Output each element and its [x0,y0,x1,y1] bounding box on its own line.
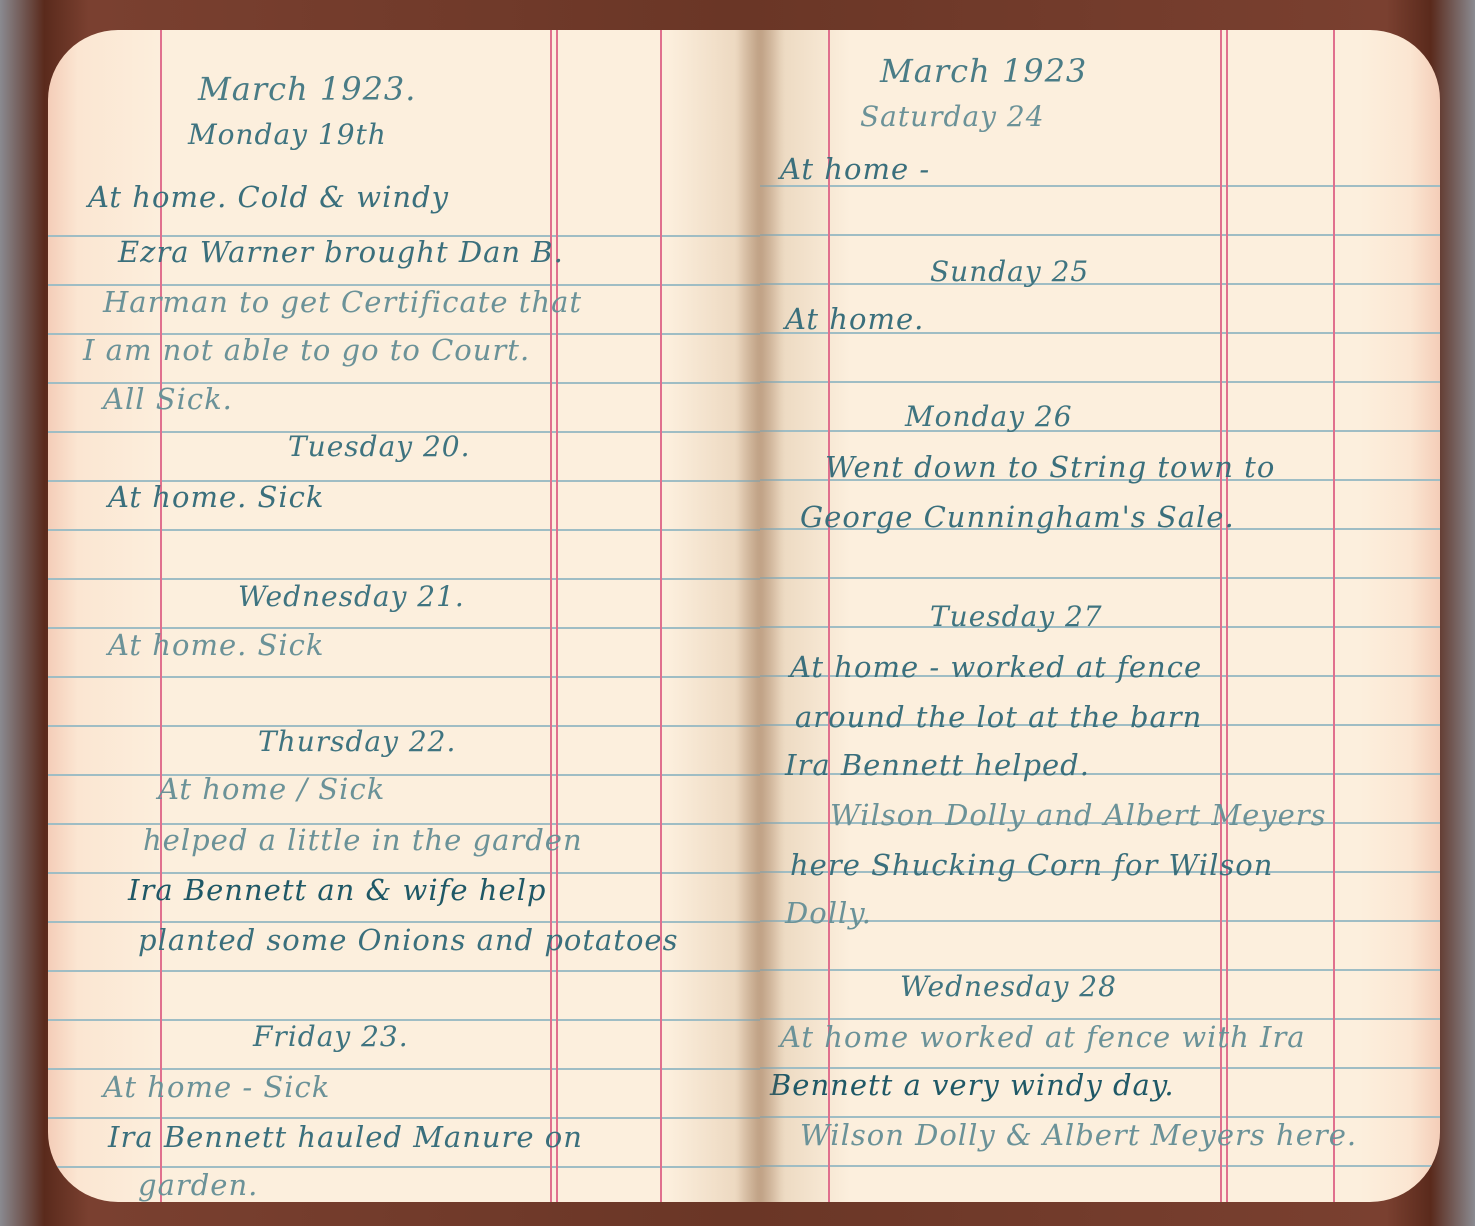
entry-line: helped a little in the garden [143,823,583,857]
entry-line: All Sick. [103,382,233,416]
entry-line: At home worked at fence with Ira [780,1020,1306,1054]
entry-line: planted some Onions and potatoes [138,923,678,957]
day-heading: Sunday 25 [930,255,1089,288]
page-header: March 1923. [198,70,416,108]
ruled-line [48,970,760,972]
right-page: March 1923 Saturday 24 At home - Sunday … [760,30,1440,1202]
entry-line: Harman to get Certificate that [103,285,582,319]
column-line [556,30,558,1202]
entry-line: At home. [785,302,924,336]
entry-line: At home - Sick [103,1070,330,1104]
entry-line: around the lot at the barn [795,700,1202,734]
day-heading: Monday 19th [188,118,387,151]
left-page: March 1923. Monday 19th At home. Cold & … [48,30,760,1202]
day-heading: Friday 23. [253,1020,409,1053]
entry-line: Dolly. [785,896,872,930]
column-line [660,30,662,1202]
entry-line: I am not able to go to Court. [83,333,530,367]
entry-line: Ira Bennett an & wife help [128,873,546,907]
column-line [1333,30,1335,1202]
entry-line: Ira Bennett hauled Manure on [108,1120,583,1154]
ruled-line [760,577,1440,579]
entry-line: Wilson Dolly & Albert Meyers here. [800,1118,1357,1152]
day-heading: Tuesday 20. [288,430,471,463]
ruled-line [760,381,1440,383]
ruled-line [48,774,760,776]
entry-line: garden. [138,1168,258,1202]
entry-line: Ezra Warner brought Dan B. [118,235,564,269]
ruled-line [48,529,760,531]
entry-line: At home. Cold & windy [88,180,449,214]
ruled-line [760,234,1440,236]
ruled-line [48,1117,760,1119]
entry-line: At home / Sick [158,772,385,806]
entry-line: Wilson Dolly and Albert Meyers [830,798,1327,832]
entry-line: At home - [780,152,930,186]
day-heading: Tuesday 27 [930,600,1103,633]
page-header: March 1923 [880,52,1087,90]
entry-line: At home. Sick [108,480,325,514]
day-heading: Wednesday 21. [238,580,465,613]
entry-line: here Shucking Corn for Wilson [790,848,1273,882]
entry-line: Went down to String town to [825,450,1275,484]
ruled-line [760,1165,1440,1167]
day-heading: Monday 26 [905,400,1073,433]
entry-line: At home. Sick [108,628,325,662]
ruled-line [760,283,1440,285]
ruled-line [48,676,760,678]
entry-line: At home - worked at fence [790,650,1202,684]
entry-line: Bennett a very windy day. [770,1068,1175,1102]
day-heading: Saturday 24 [860,100,1045,133]
day-heading: Wednesday 28 [900,970,1117,1003]
ruled-line [760,430,1440,432]
column-line [550,30,552,1202]
day-heading: Thursday 22. [258,725,456,758]
entry-line: George Cunningham's Sale. [800,500,1235,534]
entry-line: Ira Bennett helped. [785,748,1090,782]
